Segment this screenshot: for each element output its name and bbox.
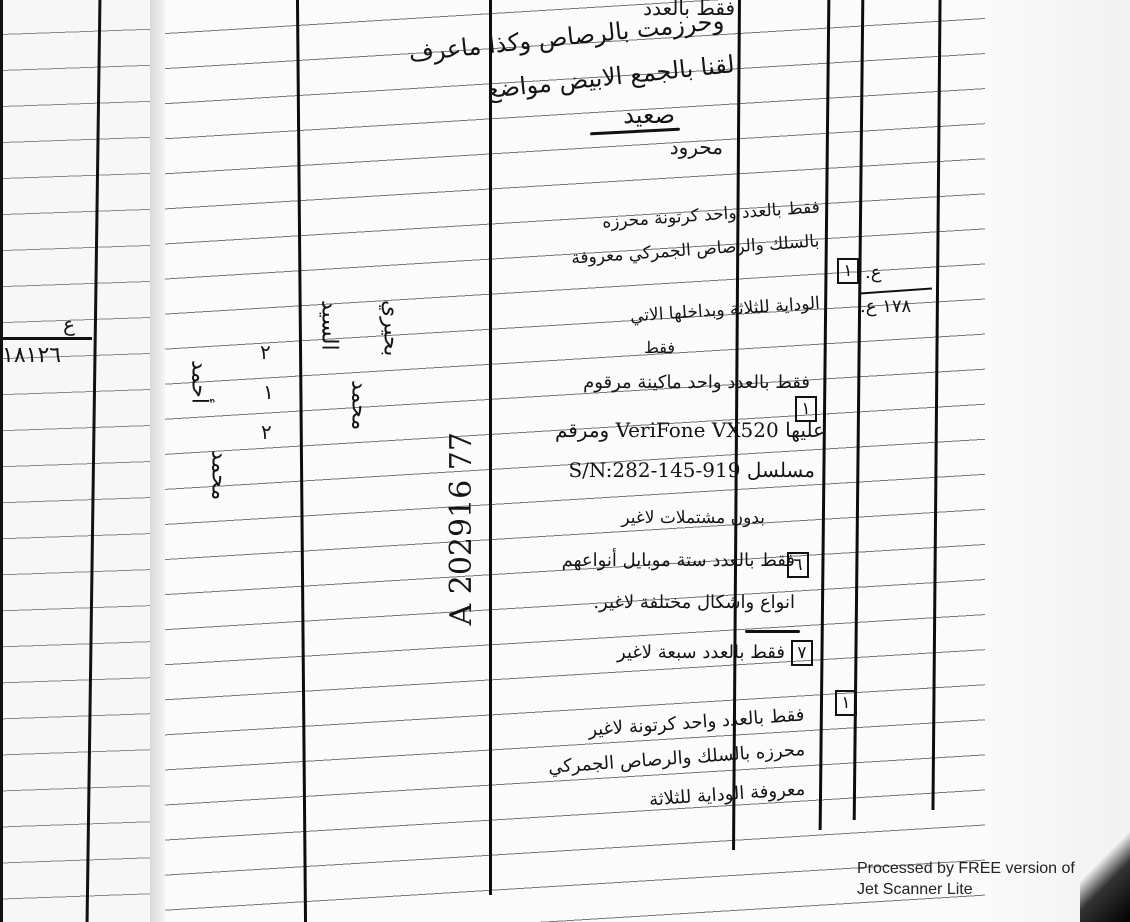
entry-index-box: ١ <box>837 258 859 284</box>
left-page: ع ١٨١٢٦ <box>0 0 160 922</box>
watermark-line: Processed by FREE version of <box>857 858 1127 879</box>
entry-line: فقط بالعدد ستة موبايل أنواعهم <box>562 550 795 573</box>
top-line: صعيد <box>623 100 675 130</box>
entry-line: بالسلك والرصاص الجمركي معروفة <box>571 231 820 270</box>
entry-index-box: ١ <box>835 690 857 716</box>
date-mark: ١ <box>263 380 274 405</box>
entry-line: انواع واشكال مختلفة لاغير. <box>593 592 795 615</box>
column-rule <box>296 0 307 922</box>
underline <box>745 630 800 633</box>
column-rule <box>0 0 3 922</box>
name-column: السيد <box>315 300 343 351</box>
entry-line: محرزه بالسلك والرصاص الجمركي <box>547 739 805 779</box>
column-rule <box>931 0 941 810</box>
left-divider <box>0 337 92 340</box>
entry-index-box: ٧ <box>791 640 813 666</box>
phone-number: A 202916 77 <box>443 432 481 625</box>
entry-line: فقط بالعدد واحد ماكينة مرقوم <box>583 372 810 395</box>
margin-divider <box>860 287 932 294</box>
left-number: ١٨١٢٦ <box>2 342 61 370</box>
entry-line: عليها VeriFone VX520 ومرقم <box>555 418 825 443</box>
entry-line: فقط بالعدد واحد كرتونة محرزه <box>601 197 820 233</box>
entry-line: فقط بالعدد سبعة لاغير <box>617 642 785 665</box>
watermark-line: Jet Scanner Lite <box>857 879 1127 900</box>
top-line: محرود <box>670 135 723 160</box>
entry-line: فقط بالعدد واحد كرتونة لاغير <box>588 704 806 742</box>
right-background <box>985 0 1130 922</box>
margin-label: ع. <box>865 262 881 285</box>
signature: أحمد <box>185 360 213 404</box>
left-header-mark: ع <box>63 312 75 337</box>
entry-line: بدون مشتملات لاغير <box>621 508 765 529</box>
date-mark: ٢ <box>260 340 271 365</box>
date-mark: ٢ <box>261 420 272 445</box>
signature: محمد <box>205 450 233 500</box>
top-line: لقنا بالجمع الابيض مواضع <box>485 49 736 105</box>
scanner-watermark: Processed by FREE version of Jet Scanner… <box>857 858 1127 900</box>
entry-line: الوداية للثلاثة وبداخلها الاتي <box>629 293 820 327</box>
column-rule <box>489 0 492 895</box>
name-column: بحيري <box>377 300 405 356</box>
margin-number: ١٧٨ ع. <box>860 296 911 319</box>
entry-line: فقط <box>644 338 675 358</box>
name-column: محمد <box>345 380 373 430</box>
main-page: فقط بالعدد وحرزمت بالرصاص وكذا ماعرف لقن… <box>165 0 985 922</box>
entry-line: مسلسل S/N:282-145-919 <box>568 458 815 483</box>
column-rule <box>86 0 102 922</box>
entry-line: معروفة الوداية للثلاثة <box>648 779 806 812</box>
column-rule <box>819 0 831 830</box>
